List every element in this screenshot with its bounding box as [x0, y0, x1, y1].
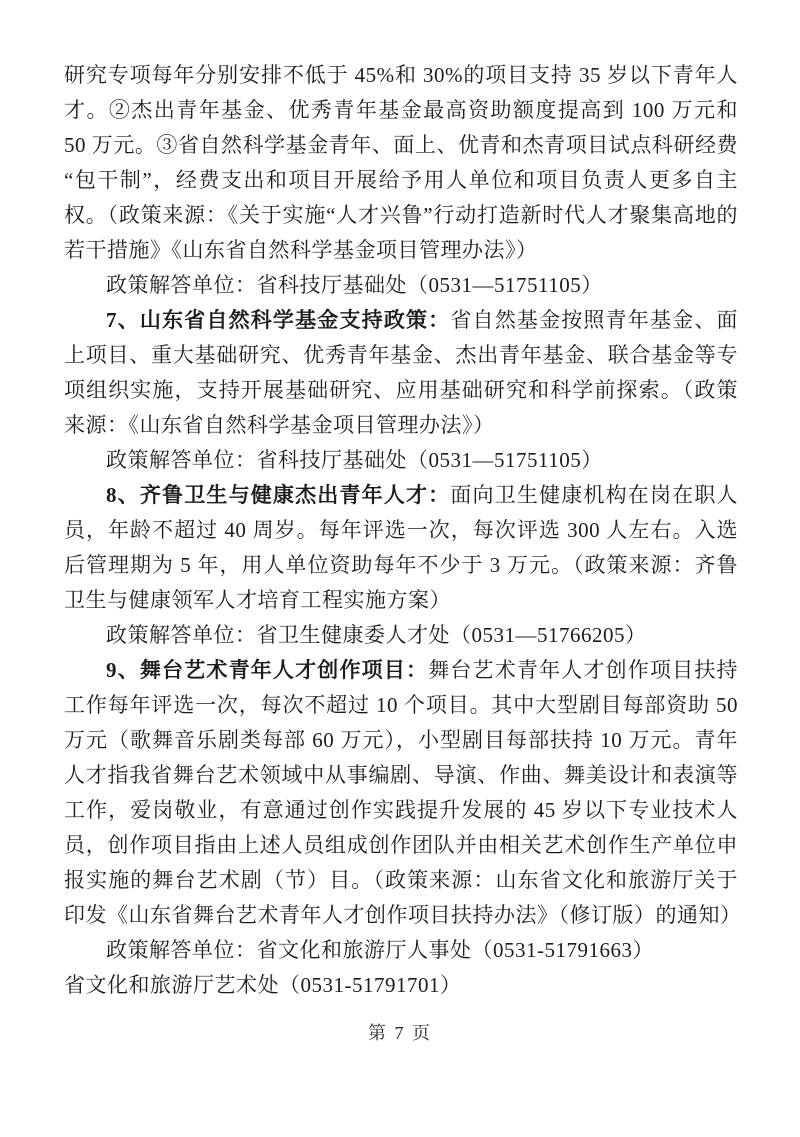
- document-page: 研究专项每年分别安排不低于 45%和 30%的项目支持 35 岁以下青年人才。②…: [0, 0, 800, 1137]
- policy-item-7: 7、山东省自然科学基金支持政策：省自然基金按照青年基金、面上项目、重大基础研究、…: [64, 303, 738, 443]
- contact-line-science-2: 政策解答单位：省科技厅基础处（0531—51751105）: [64, 443, 738, 478]
- contact-line-health: 政策解答单位：省卫生健康委人才处（0531—51766205）: [64, 618, 738, 653]
- policy-item-8-heading: 8、齐鲁卫生与健康杰出青年人才：: [106, 483, 450, 507]
- policy-item-9: 9、舞台艺术青年人才创作项目：舞台艺术青年人才创作项目扶持工作每年评选一次，每次…: [64, 653, 738, 933]
- contact-line-culture-2: 省文化和旅游厅艺术处（0531-51791701）: [64, 968, 738, 1003]
- document-body: 研究专项每年分别安排不低于 45%和 30%的项目支持 35 岁以下青年人才。②…: [64, 58, 738, 1003]
- policy-item-7-heading: 7、山东省自然科学基金支持政策：: [106, 308, 450, 332]
- policy-item-9-heading: 9、舞台艺术青年人才创作项目：: [106, 658, 428, 682]
- page-number: 第 7 页: [0, 1020, 800, 1046]
- policy-item-8: 8、齐鲁卫生与健康杰出青年人才：面向卫生健康机构在岗在职人员，年龄不超过 40 …: [64, 478, 738, 618]
- contact-line-science-1: 政策解答单位：省科技厅基础处（0531—51751105）: [64, 268, 738, 303]
- contact-line-culture-1: 政策解答单位：省文化和旅游厅人事处（0531-51791663）: [64, 933, 738, 968]
- paragraph-continuation: 研究专项每年分别安排不低于 45%和 30%的项目支持 35 岁以下青年人才。②…: [64, 58, 738, 268]
- policy-item-9-body: 舞台艺术青年人才创作项目扶持工作每年评选一次，每次不超过 10 个项目。其中大型…: [64, 658, 742, 927]
